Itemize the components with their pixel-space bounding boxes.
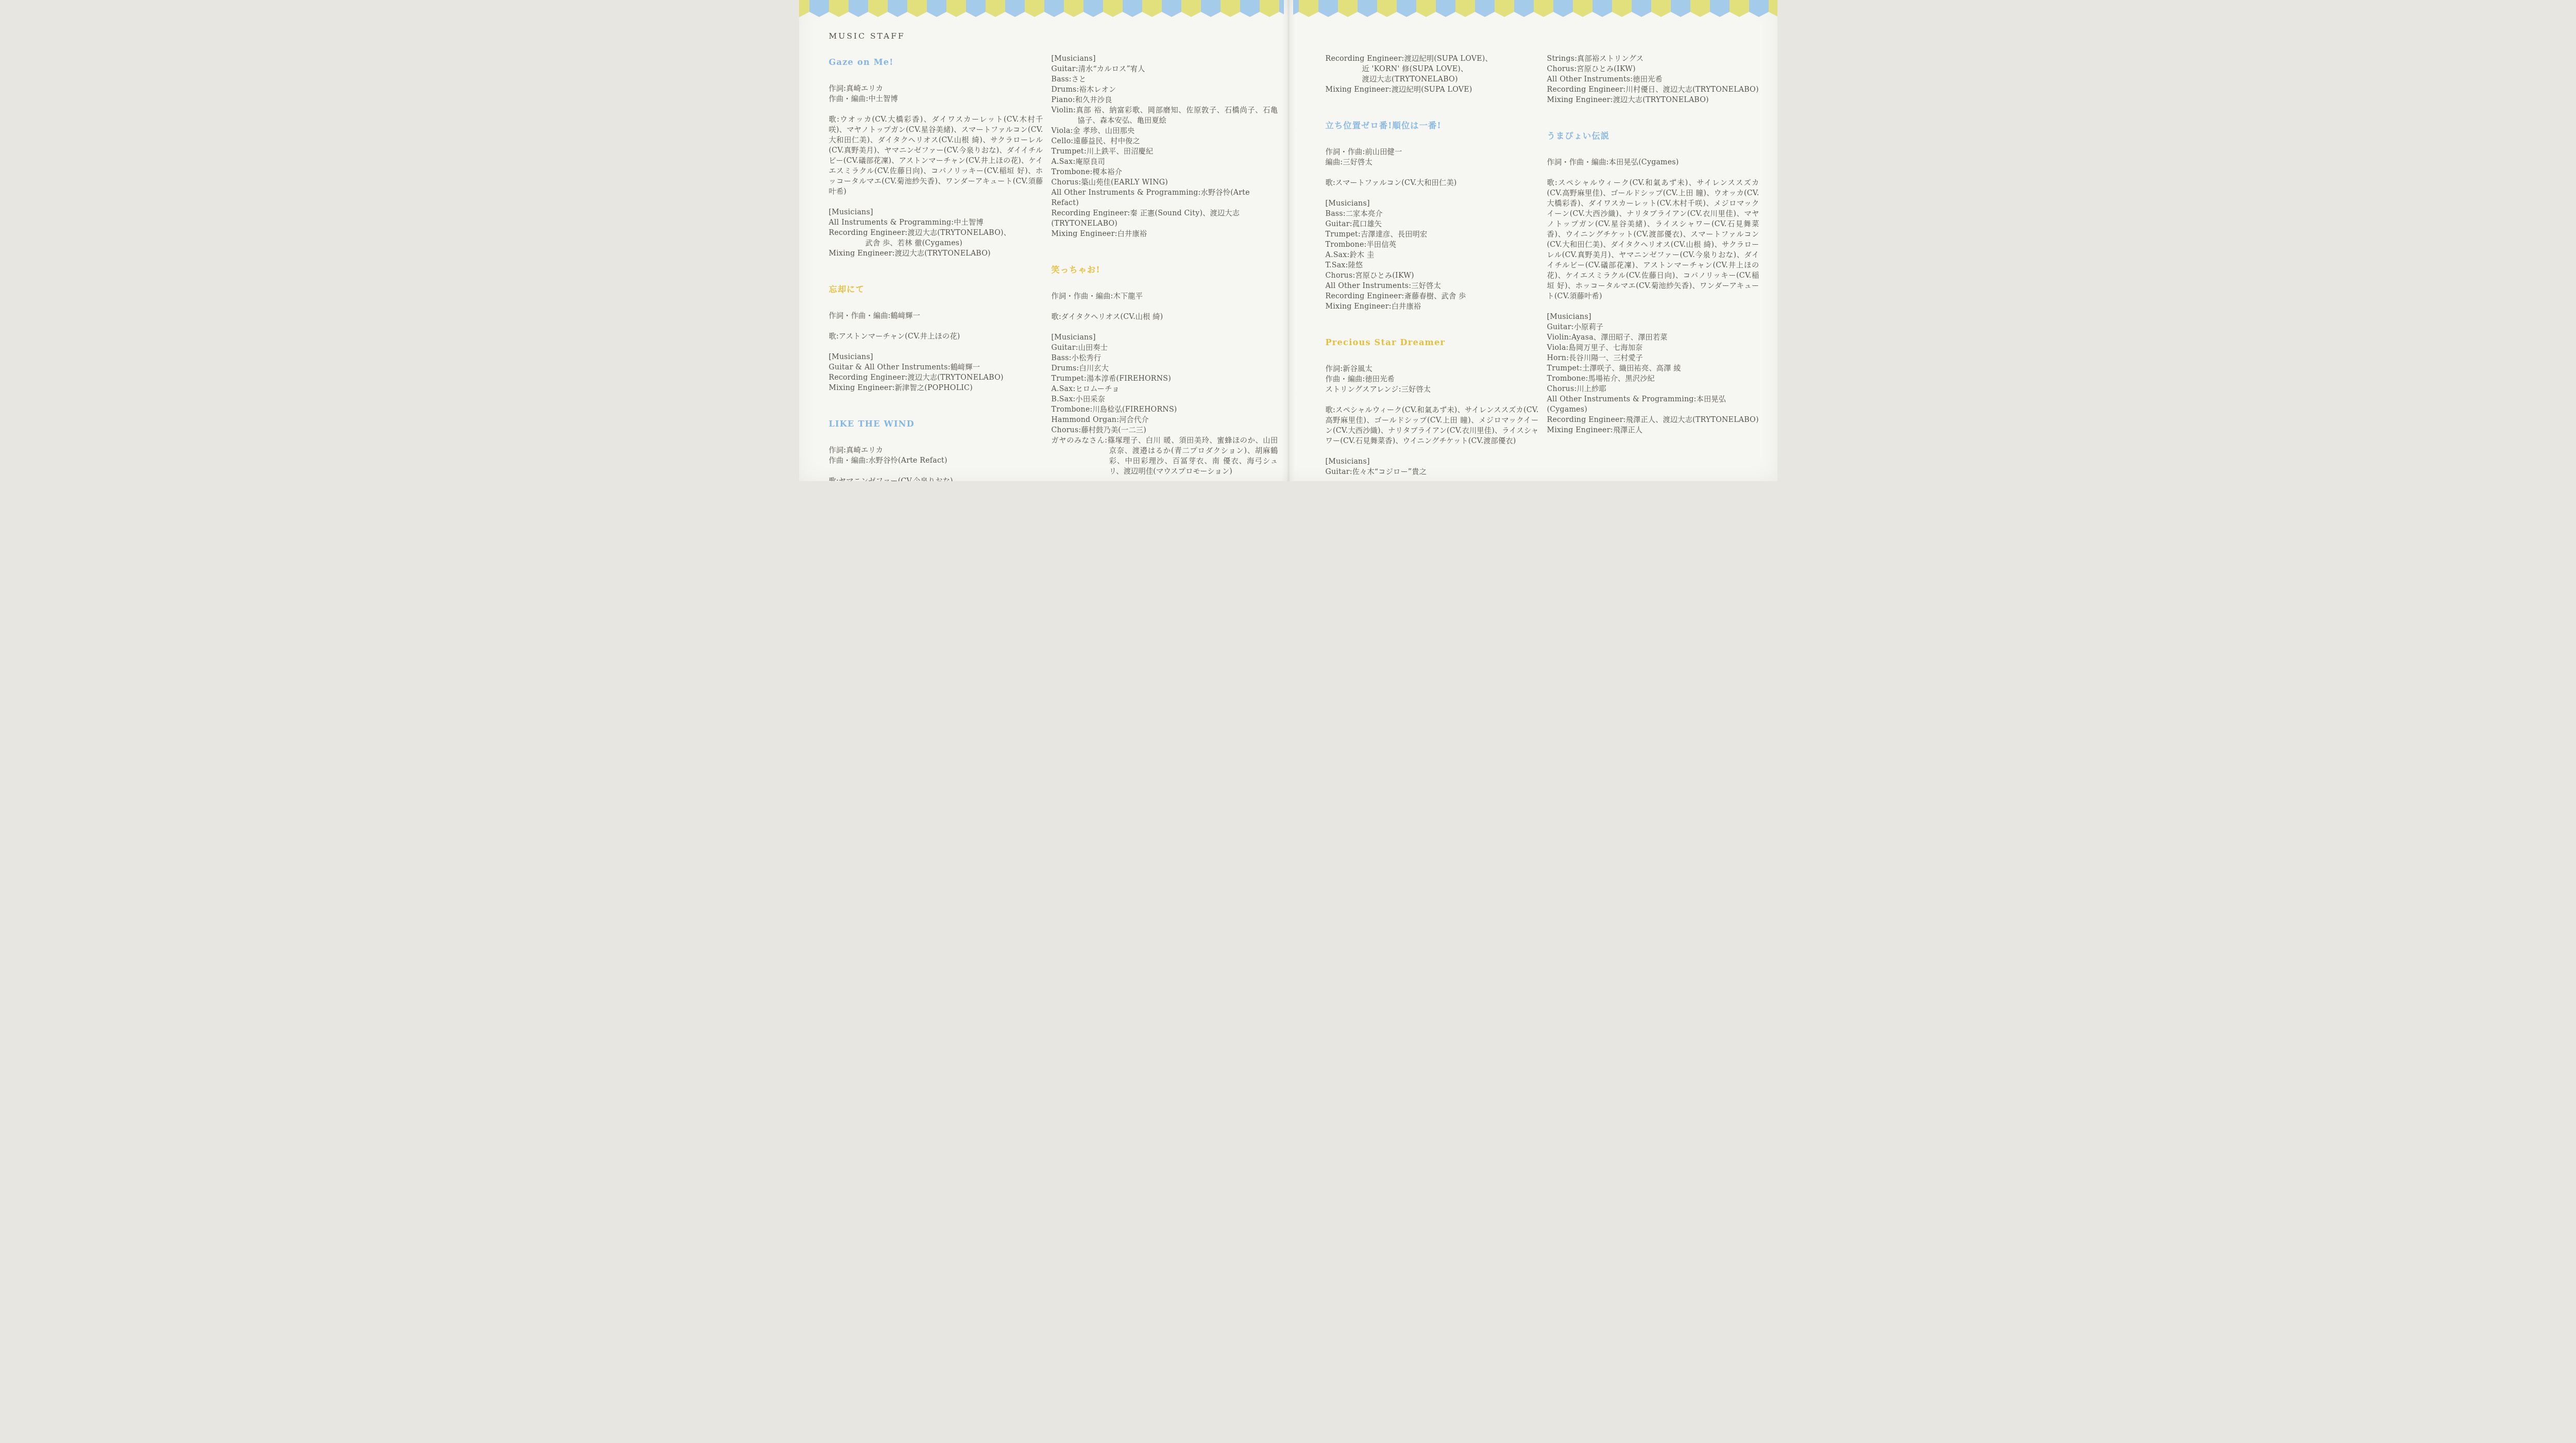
credit-line: [Musicians] [829, 352, 1043, 362]
credit-line: [Musicians] [1326, 198, 1539, 209]
credit-line: Mixing Engineer:渡辺紀明(SUPA LOVE) [1326, 84, 1539, 95]
credit-line: Mixing Engineer:渡辺大志(TRYTONELABO) [829, 248, 1043, 259]
credit-line: Mixing Engineer:飛澤正人 [1547, 425, 1759, 435]
song-title-tachiichi-zero-ban: 立ち位置ゼロ番!順位は一番! [1326, 121, 1539, 131]
credit-line: A.Sax:鈴木 圭 [1326, 250, 1539, 260]
credit-line: 作詞・作曲・編曲:鶴﨑輝一 [829, 311, 1043, 321]
credit-line: T.Sax:陸悠 [1326, 260, 1539, 270]
credit-line: [Musicians] [1326, 456, 1539, 467]
credit-line: Recording Engineer:川村優日、渡辺大志(TRYTONELABO… [1547, 84, 1759, 95]
credit-line: 歌:スペシャルウィーク(CV.和氣あず未)、サイレンススズカ(CV.高野麻里佳)… [1547, 178, 1759, 301]
credit-line: Recording Engineer:渡辺紀明(SUPA LOVE)、 [1326, 54, 1539, 64]
credit-line: Trombone:榎本裕介 [1052, 167, 1278, 177]
credit-line: Guitar:佐々木“コジロー”貴之 [1326, 467, 1539, 477]
credit-line: Recording Engineer:飛澤正人、渡辺大志(TRYTONELABO… [1547, 415, 1759, 425]
credit-line: Viola:島岡万里子、七海加奈 [1547, 343, 1759, 353]
credit-line: Piano:和久井沙良 [1052, 95, 1278, 105]
credit-line: Mixing Engineer:白井康裕 [1326, 301, 1539, 312]
credit-line: All Other Instruments & Programming:水野谷怜… [1052, 188, 1278, 208]
credit-line: Recording Engineer:秦 正憲(Sound City)、渡辺大志… [1052, 208, 1278, 229]
column-left-1: MUSIC STAFFGaze on Me!作詞:真崎エリカ作曲・編曲:中土智博… [829, 31, 1043, 481]
credit-line: Chorus:築山苑佳(EARLY WING) [1052, 177, 1278, 188]
pennant-border-right-page [1293, 0, 1777, 18]
credit-line: [Musicians] [829, 207, 1043, 217]
credit-line: Mixing Engineer:渡辺大志(TRYTONELABO) [1547, 95, 1759, 105]
credit-line: Drums:白川玄大 [1052, 363, 1278, 374]
credit-line: Trumpet:川上鉄平、田沼慶紀 [1052, 146, 1278, 157]
credit-line: 近 'KORN' 修(SUPA LOVE)、 [1326, 64, 1539, 74]
credit-line: 作詞・作曲:前山田健一 [1326, 147, 1539, 157]
credit-line: B.Sax:小田采奈 [1052, 394, 1278, 404]
credit-line: 作詞・作曲・編曲:木下龍平 [1052, 291, 1278, 301]
song-title-boukyaku-nite: 忘却にて [829, 284, 1043, 295]
credit-line: Trumpet:吉澤達彦、長田明宏 [1326, 229, 1539, 240]
credit-line: [Musicians] [1052, 54, 1278, 64]
page-title: MUSIC STAFF [829, 31, 1043, 41]
column-right-2: Strings:真部裕ストリングスChorus:宮原ひとみ(IKW)All Ot… [1547, 54, 1759, 435]
credit-line: Chorus:藤村鼓乃美(一二三) [1052, 425, 1278, 435]
column-left-2: [Musicians]Guitar:清水“カルロス”宥人Bass:さとDrums… [1052, 54, 1278, 477]
credit-line: Strings:真部裕ストリングス [1547, 54, 1759, 64]
credit-line: Recording Engineer:斎藤春樹、武舎 歩 [1326, 291, 1539, 301]
credit-line: Viola:金 孝珍、山田那央 [1052, 126, 1278, 136]
credit-line: A.Sax:ヒロムーチョ [1052, 384, 1278, 394]
credit-line: 作曲・編曲:水野谷怜(Arte Refact) [829, 455, 1043, 466]
credit-line: Trumpet:土澤咲子、織田祐亮、高澤 綾 [1547, 363, 1759, 374]
credit-line: 作詞:新谷風太 [1326, 364, 1539, 374]
credit-line: 作詞:真崎エリカ [829, 445, 1043, 455]
credit-line: Chorus:宮原ひとみ(IKW) [1547, 64, 1759, 74]
credit-line: All Other Instruments & Programming:本田晃弘… [1547, 394, 1759, 415]
credit-line: ストリングスアレンジ:三好啓太 [1326, 384, 1539, 395]
credit-line: 作詞:真崎エリカ [829, 83, 1043, 94]
column-right-1: Recording Engineer:渡辺紀明(SUPA LOVE)、近 'KO… [1326, 54, 1539, 477]
credit-line: 作曲・編曲:中土智博 [829, 94, 1043, 104]
song-title-like-the-wind: LIKE THE WIND [829, 419, 1043, 429]
credit-line: Guitar:山田奏士 [1052, 343, 1278, 353]
song-title-gaze-on-me: Gaze on Me! [829, 57, 1043, 67]
credit-line: Bass:小松秀行 [1052, 353, 1278, 363]
credit-line: 歌:ウオッカ(CV.大橋彩香)、ダイワスカーレット(CV.木村千咲)、マヤノトッ… [829, 114, 1043, 197]
credit-line: 作詞・作曲・編曲:本田晃弘(Cygames) [1547, 157, 1759, 167]
booklet-spread: MUSIC STAFFGaze on Me!作詞:真崎エリカ作曲・編曲:中土智博… [799, 0, 1777, 481]
credit-line: Guitar & All Other Instruments:鶴﨑輝一 [829, 362, 1043, 372]
credit-line: 歌:ダイタクヘリオス(CV.山根 綺) [1052, 312, 1278, 322]
credit-line: Hammond Organ:河合代介 [1052, 415, 1278, 425]
credit-line: Trombone:馬場祐介、黒沢沙紀 [1547, 374, 1759, 384]
credit-line: All Other Instruments:徳田光希 [1547, 74, 1759, 84]
credit-line: Recording Engineer:渡辺大志(TRYTONELABO)、 [829, 228, 1043, 238]
song-title-umapyoi-densetsu: うまぴょい伝説 [1547, 131, 1759, 141]
credit-line: 歌:スマートファルコン(CV.大和田仁美) [1326, 178, 1539, 188]
credit-line: 歌:ヤマニンゼファー(CV.今泉りおな) [829, 476, 1043, 481]
credit-line: 渡辺大志(TRYTONELABO) [1326, 74, 1539, 84]
song-title-waracchao: 笑っちゃお! [1052, 265, 1278, 275]
credit-line: Violin:Ayasa、澤田昭子、澤田若菜 [1547, 332, 1759, 343]
page-fold [1282, 0, 1295, 481]
credit-line: Chorus:川上紗耶 [1547, 384, 1759, 394]
credit-line: [Musicians] [1547, 312, 1759, 322]
credit-line: Trumpet:湯本淳希(FIREHORNS) [1052, 374, 1278, 384]
credit-line: ガヤのみなさん:篠塚理子、白川 暖、須田美玲、蜜蜂ほのか、山田京奈、渡邉はるか(… [1052, 435, 1278, 477]
credit-line: Mixing Engineer:白井康裕 [1052, 229, 1278, 239]
credit-line: Chorus:宮原ひとみ(IKW) [1326, 270, 1539, 281]
credit-line: Recording Engineer:渡辺大志(TRYTONELABO) [829, 372, 1043, 383]
credit-line: 歌:アストンマーチャン(CV.井上ほの花) [829, 331, 1043, 342]
credit-line: 編曲:三好啓太 [1326, 157, 1539, 167]
credit-line: 武舎 歩、若林 徹(Cygames) [829, 238, 1043, 248]
song-title-precious-star-dreamer: Precious Star Dreamer [1326, 337, 1539, 348]
credit-line: Guitar:清水“カルロス”宥人 [1052, 64, 1278, 74]
credit-line: Trombone:川島稔弘(FIREHORNS) [1052, 404, 1278, 415]
credit-line: Trombone:半田信英 [1326, 240, 1539, 250]
credit-line: Cello:遠藤益民、村中俊之 [1052, 136, 1278, 146]
credit-line: Guitar:菰口雄矢 [1326, 219, 1539, 229]
credit-line: Horn:長谷川陽一、三村愛子 [1547, 353, 1759, 363]
credit-line: All Other Instruments:三好啓太 [1326, 281, 1539, 291]
credit-line: Guitar:小原莉子 [1547, 322, 1759, 332]
credit-line: [Musicians] [1052, 332, 1278, 343]
credit-line: Drums:裕木レオン [1052, 84, 1278, 95]
credit-line: 歌:スペシャルウィーク(CV.和氣あず未)、サイレンススズカ(CV.高野麻里佳)… [1326, 405, 1539, 446]
pennant-border-left-page [799, 0, 1284, 18]
credit-line: A.Sax:庵原良司 [1052, 157, 1278, 167]
credit-line: 作曲・編曲:徳田光希 [1326, 374, 1539, 384]
credit-line: Bass:二家本亮介 [1326, 209, 1539, 219]
credit-line: Bass:さと [1052, 74, 1278, 84]
credit-line: All Instruments & Programming:中土智博 [829, 217, 1043, 228]
credit-line: Violin:真部 裕、納富彩歌、岡部磨知、佐原敦子、石橋尚子、石亀協子、森本安… [1052, 105, 1278, 126]
credit-line: Mixing Engineer:新津智之(POPHOLIC) [829, 383, 1043, 393]
